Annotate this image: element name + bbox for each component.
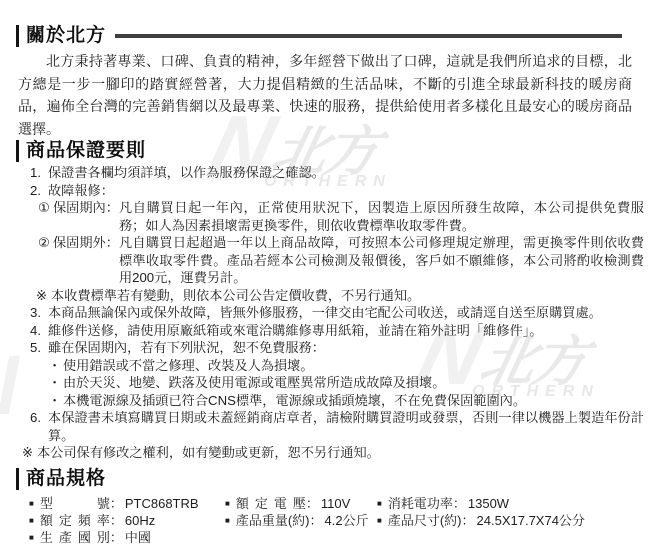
section-header-specs: 商品規格 [16,468,622,490]
spec-colon: ： [310,513,323,528]
spec-item: ■產品重量(約)：4.2公斤 [225,512,377,529]
spec-value: 24.5X17.7X74公分 [477,513,585,528]
item-text: 本機電源線及插頭已符合CNS標準，電源線或插頭燒壞，不在免費保固範圍內。 [63,392,644,410]
item-marker: ・ [48,374,63,392]
spec-label: 產品尺寸(約) [388,513,462,528]
item-text: 故障報修： [48,182,644,200]
square-bullet-icon: ■ [29,533,34,542]
spec-colon: ： [453,496,466,511]
item-marker: 6. [30,409,48,444]
spec-value: 中國 [125,530,151,545]
square-bullet-icon: ■ [377,516,382,525]
warranty-item: ①保固期內：凡自購買日起一年內，正常使用狀況下，因製造上原因所發生故障，本公司提… [38,199,644,234]
spec-label: 產品重量(約) [236,513,310,528]
warranty-item: 4.維修件送修，請使用原廠紙箱或來電洽購維修專用紙箱，並請在箱外註明「維修件」。 [30,322,644,340]
item-text: 由於天災、地變、跌落及使用電源或電壓異常所造成故障及損壞。 [63,374,644,392]
spec-item: ■型號：PTC868TRB [29,495,225,512]
warranty-item: 3.本商品無論保內或保外故障，皆無外修服務，一律交由宅配公司收送，或請逕自送至原… [30,304,644,322]
square-bullet-icon: ■ [225,516,230,525]
spec-value: 110V [321,496,350,511]
section-header-warranty: 商品保證要則 [16,140,622,162]
spec-item: ■額定頻率：60Hz [29,512,225,529]
spec-colon: ： [306,496,319,511]
square-bullet-icon: ■ [377,499,382,508]
item-label: 保固期內： [53,199,119,234]
item-marker: ※ [22,444,37,462]
spec-item: ■消耗電功率：1350W [377,495,646,512]
item-text: 雖在保固期內，若有下列狀況，恕不免費服務： [48,339,644,357]
warranty-item: ※本公司保有修改之權利，如有變動或更新，恕不另行通知。 [22,444,644,462]
spec-item: ■生產國別：中國 [29,529,225,546]
warranty-item: ※本收費標準若有變動，則依本公司公告定價收費，不另行通知。 [36,287,644,305]
spec-label: 額定頻率 [40,512,110,529]
spec-grid: ■型號：PTC868TRB■額定電壓：110V■消耗電功率：1350W■額定頻率… [29,495,646,546]
warranty-item: 6.本保證書未填寫購買日期或未蓋經銷商店章者，請檢附購買證明或發票，否則一律以機… [30,409,644,444]
item-marker: 3. [30,304,48,322]
spec-colon: ： [462,513,475,528]
spec-label: 型號 [40,495,110,512]
item-text: 凡自購買日起一年內，正常使用狀況下，因製造上原因所發生故障，本公司提供免費服務；… [119,199,644,234]
item-marker: 5. [30,339,48,357]
warranty-item: ・本機電源線及插頭已符合CNS標準，電源線或插頭燒壞，不在免費保固範圍內。 [48,392,644,410]
spec-value: 4.2公斤 [325,513,369,528]
spec-label: 消耗電功率 [388,496,453,511]
spec-item: ■額定電壓：110V [225,495,377,512]
warranty-item: ②保固期外：凡自購買日起超過一年以上商品故障，可按照本公司修理規定辦理，需更換零… [38,234,644,287]
item-marker: 2. [30,182,48,200]
item-marker: ① [38,199,53,234]
section-title: 關於北方 [16,25,106,47]
item-marker: ② [38,234,53,287]
warranty-item: 1.保證書各欄均須詳填，以作為服務保證之確認。 [30,164,644,182]
square-bullet-icon: ■ [29,499,34,508]
spec-colon: ： [110,530,123,545]
warranty-item: 2.故障報修： [30,182,644,200]
spec-colon: ： [110,496,123,511]
warranty-item: 5.雖在保固期內，若有下列狀況，恕不免費服務： [30,339,644,357]
spec-label: 額定電壓 [236,495,306,512]
warranty-item: ・使用錯誤或不當之修理、改裝及人為損壞。 [48,357,644,375]
item-label: 保固期外： [53,234,119,287]
item-text: 本保證書未填寫購買日期或未蓋經銷商店章者，請檢附購買證明或發票，否則一律以機器上… [48,409,644,444]
spec-label: 生產國別 [40,529,110,546]
spec-colon: ： [110,513,123,528]
section-title: 商品保證要則 [16,140,146,162]
item-text: 凡自購買日起超過一年以上商品故障，可按照本公司修理規定辦理，需更換零件則依收費標… [119,234,644,287]
item-marker: 4. [30,322,48,340]
item-text: 本收費標準若有變動，則依本公司公告定價收費，不另行通知。 [51,287,644,305]
item-text: 本商品無論保內或保外故障，皆無外修服務，一律交由宅配公司收送，或請逕自送至原購買… [48,304,644,322]
item-marker: 1. [30,164,48,182]
warranty-list: 1.保證書各欄均須詳填，以作為服務保證之確認。2.故障報修：①保固期內：凡自購買… [30,164,644,462]
spec-value: 1350W [468,496,509,511]
item-marker: ・ [48,357,63,375]
document-page: 關於北方 北方秉持著專業、口碑、負責的精神，多年經營下做出了口碑，這就是我們所追… [0,25,650,546]
square-bullet-icon: ■ [29,516,34,525]
square-bullet-icon: ■ [225,499,230,508]
item-marker: ※ [36,287,51,305]
section-header-about: 關於北方 [16,25,622,47]
section-title: 商品規格 [16,468,106,490]
about-paragraph: 北方秉持著專業、口碑、負責的精神，多年經營下做出了口碑，這就是我們所追求的目標，… [18,50,632,140]
warranty-item: ・由於天災、地變、跌落及使用電源或電壓異常所造成故障及損壞。 [48,374,644,392]
item-text: 本公司保有修改之權利，如有變動或更新，恕不另行通知。 [37,444,644,462]
item-text: 維修件送修，請使用原廠紙箱或來電洽購維修專用紙箱，並請在箱外註明「維修件」。 [48,322,644,340]
spec-value: 60Hz [125,513,155,528]
spec-item: ■產品尺寸(約)：24.5X17.7X74公分 [377,512,646,529]
item-marker: ・ [48,392,63,410]
item-text: 保證書各欄均須詳填，以作為服務保證之確認。 [48,164,644,182]
item-text: 使用錯誤或不當之修理、改裝及人為損壞。 [63,357,644,375]
spec-value: PTC868TRB [125,496,199,511]
header-rule [115,34,622,38]
